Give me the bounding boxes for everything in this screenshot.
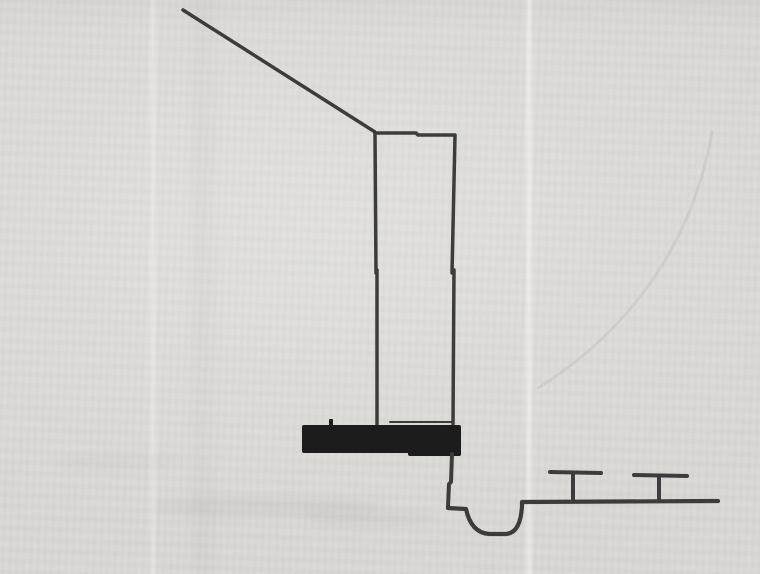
wall-left-edge-upper	[375, 133, 376, 273]
rail-left-head	[550, 472, 601, 473]
paper-showthrough-curve	[538, 132, 712, 388]
ramp-slope-line	[183, 10, 375, 132]
wall-right-edge-upper	[452, 136, 455, 273]
diagram-svg	[0, 0, 760, 574]
drain-channel-and-ground	[448, 501, 718, 534]
scanned-page	[0, 0, 760, 574]
wall-face-below-coping	[448, 454, 452, 507]
coping-top-tick	[329, 419, 333, 427]
coping-block-right-lip	[408, 427, 461, 456]
wall-right-edge-lower	[453, 270, 454, 424]
ink-layer	[183, 10, 718, 534]
wall-top-edge	[375, 133, 455, 135]
